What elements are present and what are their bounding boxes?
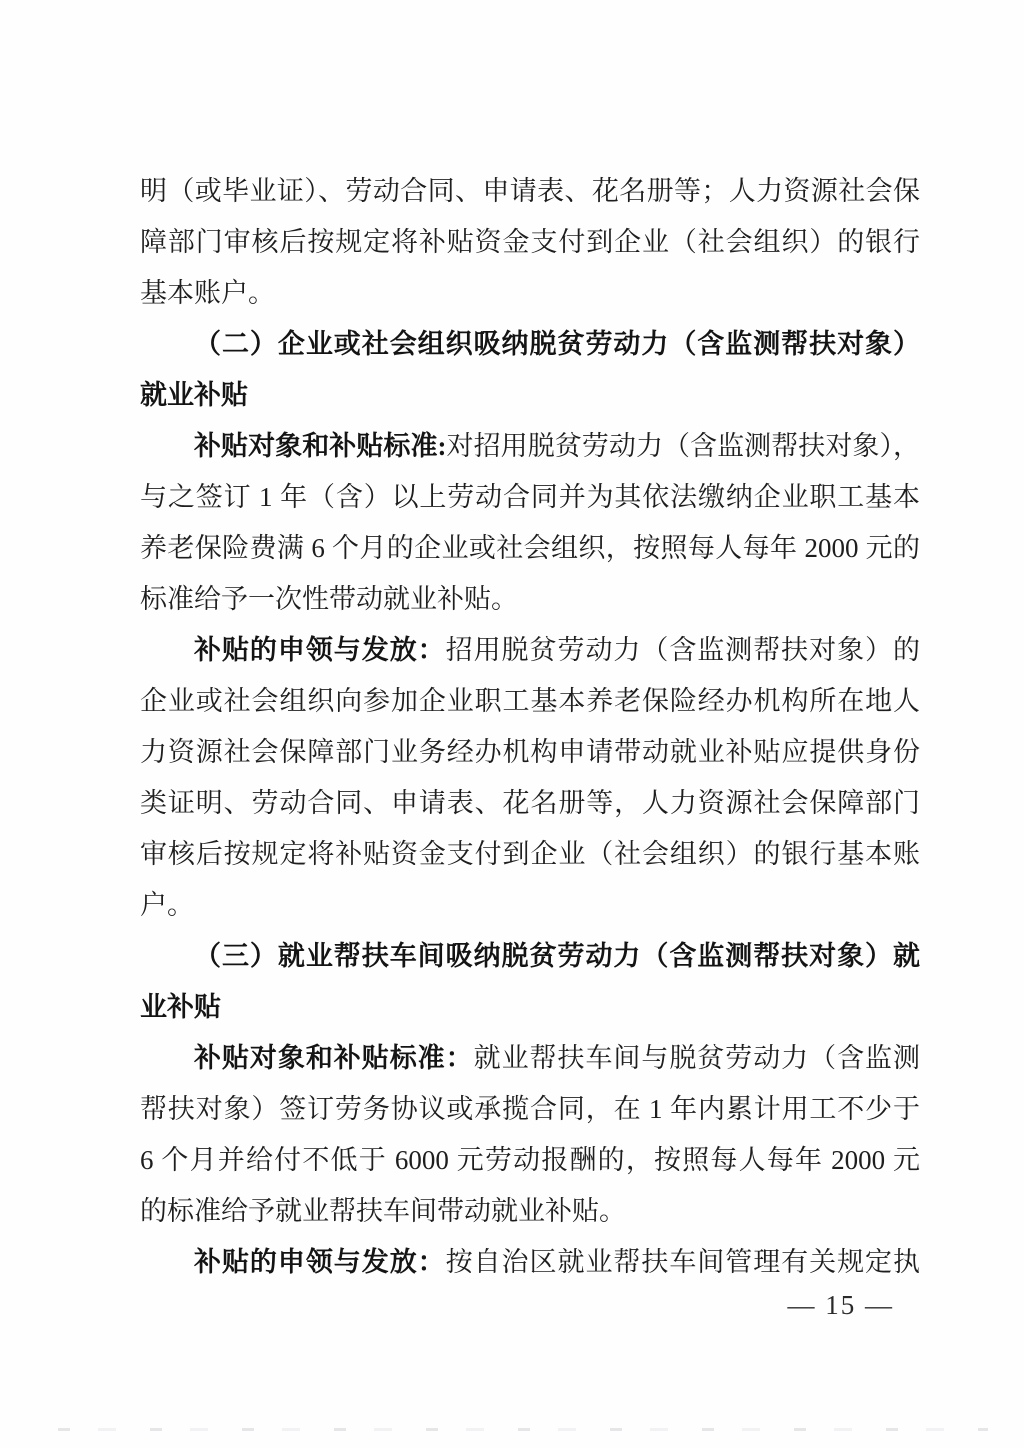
heading-line: 就业补贴 <box>140 370 920 421</box>
text-line: 类证明、劳动合同、申请表、花名册等，人力资源社会保障部门 <box>140 778 920 829</box>
heading-line: （三）就业帮扶车间吸纳脱贫劳动力（含监测帮扶对象）就 <box>140 931 920 982</box>
page-number: — 15 — <box>140 1290 920 1321</box>
text-line: 户。 <box>140 880 920 931</box>
scan-artifact-line <box>58 1428 988 1431</box>
text-line: 力资源社会保障部门业务经办机构申请带动就业补贴应提供身份 <box>140 727 920 778</box>
text-line: 补贴对象和补贴标准：就业帮扶车间与脱贫劳动力（含监测 <box>140 1033 920 1084</box>
paragraph-lead: 补贴的申领与发放： <box>194 1247 446 1277</box>
text-line: 基本账户。 <box>140 268 920 319</box>
text-line: 企业或社会组织向参加企业职工基本养老保险经办机构所在地人 <box>140 676 920 727</box>
paragraph-lead: 补贴的申领与发放： <box>194 635 446 665</box>
text-line: 审核后按规定将补贴资金支付到企业（社会组织）的银行基本账 <box>140 829 920 880</box>
document-body: 明（或毕业证）、劳动合同、申请表、花名册等；人力资源社会保障部门审核后按规定将补… <box>140 166 920 1288</box>
text-line: 补贴对象和补贴标准:对招用脱贫劳动力（含监测帮扶对象）， <box>140 421 920 472</box>
text-line: 补贴的申领与发放：按自治区就业帮扶车间管理有关规定执 <box>140 1237 920 1288</box>
text-line: 与之签订 1 年（含）以上劳动合同并为其依法缴纳企业职工基本 <box>140 472 920 523</box>
text-line: 6 个月并给付不低于 6000 元劳动报酬的，按照每人每年 2000 元 <box>140 1135 920 1186</box>
text-line: 标准给予一次性带动就业补贴。 <box>140 574 920 625</box>
text-line: 明（或毕业证）、劳动合同、申请表、花名册等；人力资源社会保 <box>140 166 920 217</box>
paragraph-lead: 补贴对象和补贴标准： <box>194 1043 474 1073</box>
text-line: 补贴的申领与发放：招用脱贫劳动力（含监测帮扶对象）的 <box>140 625 920 676</box>
text-line: 障部门审核后按规定将补贴资金支付到企业（社会组织）的银行 <box>140 217 920 268</box>
text-line: 的标准给予就业帮扶车间带动就业补贴。 <box>140 1186 920 1237</box>
text-line: 帮扶对象）签订劳务协议或承揽合同，在 1 年内累计用工不少于 <box>140 1084 920 1135</box>
text-line: 养老保险费满 6 个月的企业或社会组织，按照每人每年 2000 元的 <box>140 523 920 574</box>
heading-line: （二）企业或社会组织吸纳脱贫劳动力（含监测帮扶对象） <box>140 319 920 370</box>
paragraph-lead: 补贴对象和补贴标准: <box>194 431 447 461</box>
heading-line: 业补贴 <box>140 982 920 1033</box>
